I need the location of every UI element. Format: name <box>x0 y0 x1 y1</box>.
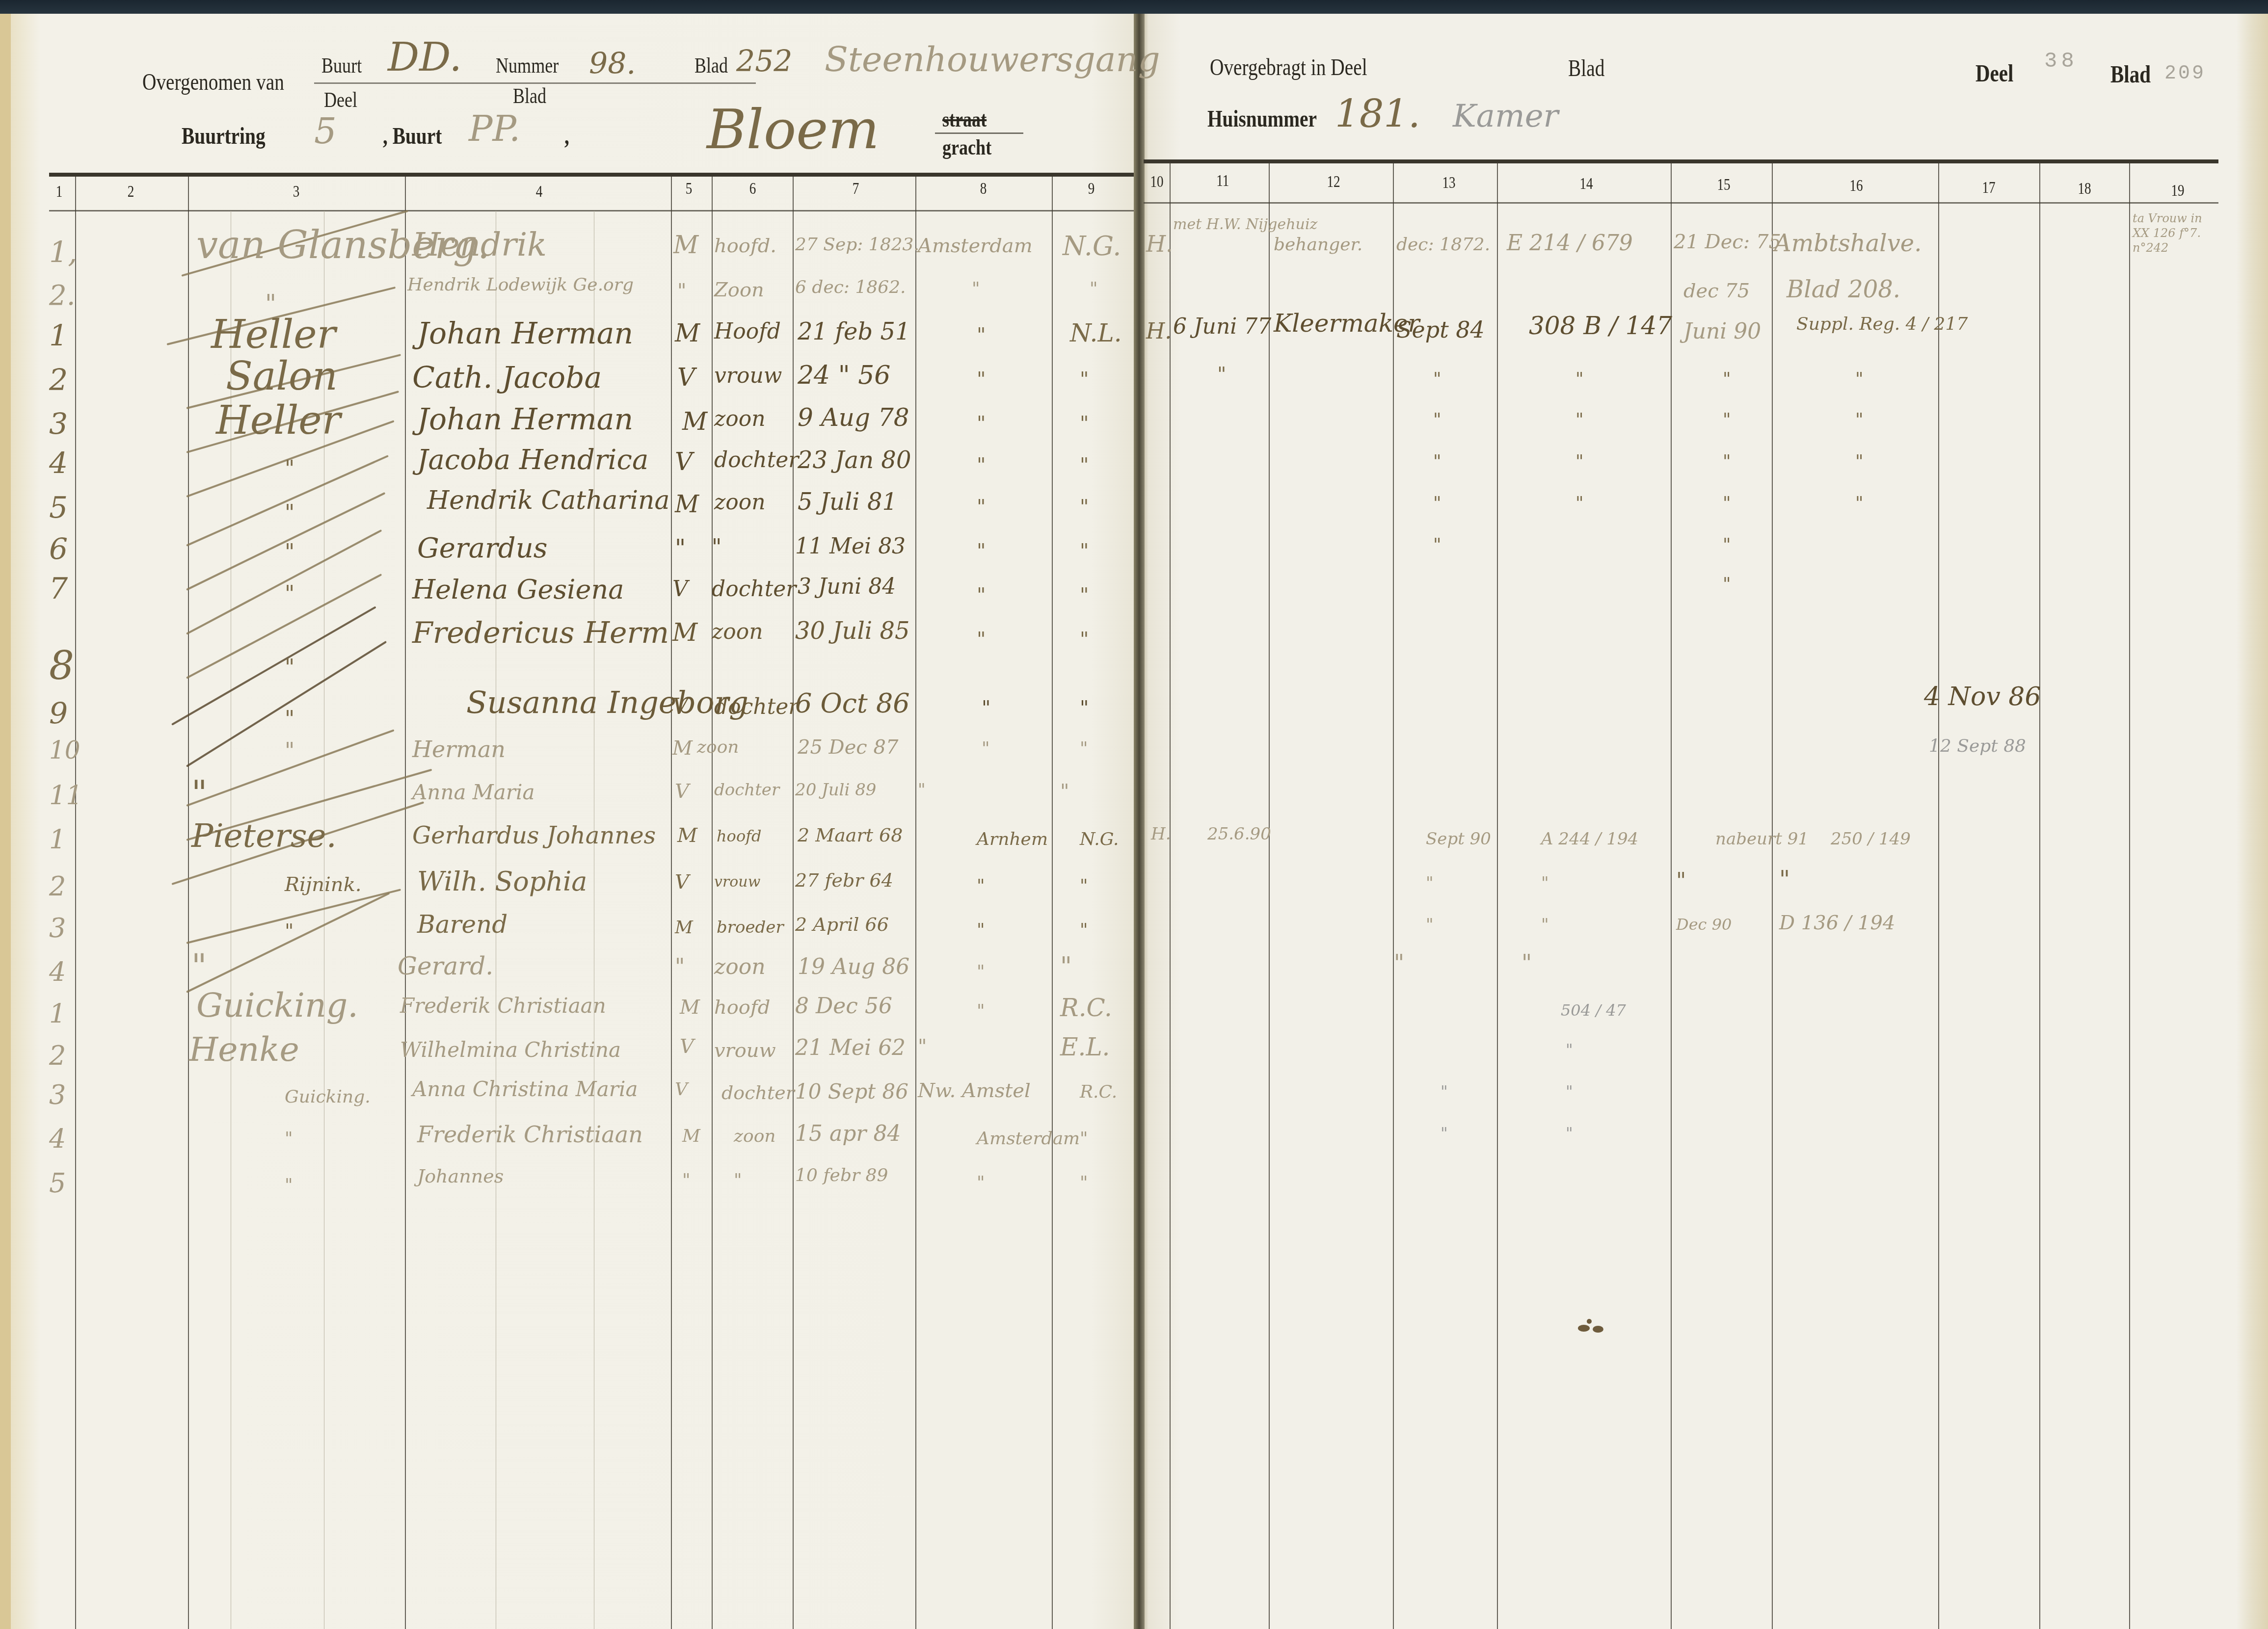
col15-value: " <box>1723 451 1731 472</box>
given-names: Helena Gesiena <box>412 574 624 605</box>
deel-value: 38 <box>2044 49 2078 74</box>
relation: broeder <box>717 918 784 937</box>
sex: M <box>675 319 700 347</box>
buurt-value: DD. <box>388 34 462 80</box>
relation: zoon <box>734 1126 776 1146</box>
birthplace: Nw. Amstel <box>918 1079 1031 1102</box>
col-num: 8 <box>980 180 987 198</box>
col-num: 5 <box>686 180 693 198</box>
row-number: 5 <box>49 1168 66 1199</box>
col-num: 3 <box>293 183 300 201</box>
surname: Heller <box>216 397 341 443</box>
birth-date: 21 feb 51 <box>798 318 910 345</box>
row-number: 5 <box>49 491 68 525</box>
birthplace: Arnhem <box>977 829 1048 849</box>
row-number: 4 <box>49 1124 66 1155</box>
row-number: 3 <box>49 1079 66 1110</box>
birth-date: 19 Aug 86 <box>798 954 909 979</box>
row-number: 3 <box>49 913 66 944</box>
blad2-value: 209 <box>2164 63 2206 85</box>
relation: dochter <box>714 447 799 473</box>
given-names: Herman <box>412 736 506 762</box>
given-names: Anna Maria <box>412 780 534 804</box>
overgebragt-label: Overgebragt in Deel <box>1210 54 1367 81</box>
col13-value: " <box>1433 369 1441 389</box>
birth-date: 9 Aug 78 <box>798 403 909 432</box>
birth-date: 23 Jan 80 <box>798 447 911 474</box>
given-names: Wilh. Sophia <box>417 866 587 897</box>
blad2-label: Blad <box>513 83 546 108</box>
col-num: 18 <box>2078 180 2091 198</box>
given-names: Hendrik Lodewijk Ge.org <box>407 275 634 295</box>
row-number: 2 <box>49 363 68 397</box>
birthplace: Amsterdam <box>977 1129 1080 1149</box>
relation: hoofd <box>717 827 761 845</box>
comma: , <box>564 123 569 150</box>
given-names: Wilhelmina Christina <box>400 1038 621 1062</box>
col14-value: " <box>1541 873 1549 893</box>
relation: hoofd <box>714 996 770 1019</box>
blad2-label-right: Blad <box>2110 60 2151 88</box>
religion: " <box>1080 1173 1088 1193</box>
given-names: Johan Herman <box>417 402 633 437</box>
given-names: Gerard. <box>398 952 493 980</box>
birthplace: " <box>977 540 986 562</box>
religion: " <box>1080 412 1089 435</box>
relation: zoon <box>714 490 766 515</box>
relation: hoofd. <box>714 235 776 257</box>
col15-value: " <box>1723 410 1731 430</box>
col16-value: " <box>1855 493 1864 513</box>
col-num: 11 <box>1216 172 1229 190</box>
col13-value: dec: 1872. <box>1396 235 1490 255</box>
relation: dochter <box>712 577 796 602</box>
col16-value: " <box>1855 410 1864 430</box>
birthplace: " <box>977 876 985 896</box>
surname: " <box>285 456 294 481</box>
sex: V <box>677 363 695 392</box>
blad-label: Blad <box>694 53 728 78</box>
given-names: Gerardus <box>417 532 547 564</box>
col16-value: Blad 208. <box>1787 276 1900 303</box>
birthplace: " <box>977 496 986 518</box>
col15-value: dec 75 <box>1683 280 1750 302</box>
col16-value: " <box>1855 369 1864 389</box>
sex: M <box>675 918 693 938</box>
row-number: 6 <box>49 532 68 567</box>
birthplace: Amsterdam <box>918 235 1033 257</box>
birthplace: " <box>977 628 986 651</box>
religion: " <box>1080 697 1089 719</box>
col-num: 17 <box>1982 179 1995 197</box>
birthplace: " <box>977 412 986 435</box>
surname: Guicking. <box>285 1087 371 1107</box>
birthplace: " <box>977 1173 985 1193</box>
left-table-top-rule <box>49 173 1134 177</box>
given-names: Fredericus Herm <box>412 616 669 650</box>
col-num: 1 <box>56 183 63 201</box>
huisnummer-note: Kamer <box>1453 98 1558 134</box>
buurtring-value: 5 <box>314 110 337 152</box>
religion: N.G. <box>1063 231 1121 262</box>
religion: N.G. <box>1080 829 1119 849</box>
birth-date: 6 Oct 86 <box>795 688 910 719</box>
col11-value: met H.W. Nijgehuiz <box>1173 216 1317 233</box>
birthplace: " <box>977 920 985 940</box>
birth-date: 21 Mei 62 <box>795 1035 906 1060</box>
buurt-label: Buurt <box>321 53 362 78</box>
col14-value: " <box>1521 949 1532 976</box>
sex: " <box>682 1170 691 1190</box>
row-number: 4 <box>49 447 68 481</box>
relation: zoon <box>714 954 766 979</box>
birthplace: " <box>977 584 986 606</box>
relation: zoon <box>714 406 766 431</box>
sex: V <box>675 780 689 803</box>
sex: M <box>672 737 693 760</box>
col16-value: " <box>1855 451 1864 472</box>
col15-value: nabeurt 91 <box>1715 829 1809 849</box>
col14-value: E 214 / 679 <box>1507 231 1633 256</box>
col14-value: " <box>1566 1040 1573 1059</box>
blad-label-right: Blad <box>1568 55 1604 82</box>
religion: " <box>1080 454 1089 476</box>
given-names: Frederik Christiaan <box>400 994 606 1018</box>
blad-value: 252 <box>736 44 793 79</box>
surname: " <box>285 1129 293 1149</box>
row-number: 10 <box>49 736 80 764</box>
birthplace: " <box>977 324 986 346</box>
birth-date: 6 dec: 1862. <box>795 277 906 297</box>
right-table-top-rule <box>1144 159 2218 163</box>
surname: " <box>285 581 294 606</box>
col10-value: H. <box>1146 231 1173 257</box>
book-gutter <box>1134 14 1145 1629</box>
relation: zoon <box>697 737 739 757</box>
row-number: 2 <box>49 871 66 902</box>
col-num: 4 <box>536 183 543 201</box>
birth-date: 10 Sept 86 <box>795 1079 908 1104</box>
religion: " <box>1080 584 1089 606</box>
religion: " <box>1080 540 1089 562</box>
col13-value: " <box>1433 535 1441 555</box>
buurt2-value: PP. <box>469 108 520 149</box>
col13-value: " <box>1433 410 1441 430</box>
birthplace: " <box>977 1001 985 1021</box>
birth-date: 2 Maart 68 <box>798 824 903 846</box>
sex: M <box>682 1126 700 1146</box>
straat-gracht-divider <box>935 132 1023 134</box>
sex: M <box>673 231 698 259</box>
religion: " <box>1080 920 1088 940</box>
col13-value: " <box>1433 451 1441 472</box>
sex: M <box>675 491 699 518</box>
sex: V <box>675 1079 688 1100</box>
given-names: Johan Herman <box>417 316 633 351</box>
col14-value: " <box>1575 451 1584 472</box>
col-num: 13 <box>1442 174 1455 192</box>
col14-value: " <box>1575 369 1584 389</box>
birth-date: 27 febr 64 <box>795 869 893 891</box>
right-header-bottom-rule <box>1144 202 2218 204</box>
birthplace: " <box>977 454 986 476</box>
straat-label-struck: straat <box>942 107 987 132</box>
birthplace: " <box>982 697 990 719</box>
col-num: 14 <box>1579 175 1593 193</box>
row-number: 2 <box>49 1040 66 1071</box>
birth-date: 30 Juli 85 <box>795 617 910 645</box>
religion: " <box>1080 496 1089 518</box>
birth-date: 10 febr 89 <box>795 1165 888 1185</box>
birth-date: 24 " 56 <box>798 361 890 390</box>
sex: M <box>672 618 697 647</box>
surname: Guicking. <box>196 986 358 1025</box>
col15-value: " <box>1723 369 1731 389</box>
deel-label: Deel <box>324 87 357 112</box>
col13-value: " <box>1441 1124 1448 1142</box>
relation: zoon <box>712 619 763 644</box>
col14-value: " <box>1566 1082 1573 1101</box>
surname: " <box>191 773 207 813</box>
surname: " <box>285 500 294 525</box>
birth-date: 15 apr 84 <box>795 1121 901 1146</box>
previous-street: Steenhouwersgang <box>825 39 1160 79</box>
birthplace: " <box>972 279 980 299</box>
col19-note: ta Vrouw in XX 126 f°7. n°242 <box>2133 211 2221 255</box>
birthplace: " <box>918 780 926 800</box>
surname: " <box>285 920 294 943</box>
sex: V <box>675 871 689 893</box>
col13-value: " <box>1426 915 1434 935</box>
col-num: 12 <box>1327 173 1340 191</box>
col11-value: " <box>1217 363 1226 386</box>
relation: vrouw <box>714 1039 776 1062</box>
col15-value: Juni 90 <box>1683 319 1761 344</box>
relation: dochter <box>714 780 779 800</box>
col15-value: 21 Dec: 75 <box>1674 231 1781 253</box>
left-header-bottom-rule <box>49 210 1134 211</box>
sex: " <box>675 954 685 979</box>
sex: V <box>675 447 693 476</box>
row-number: 2. <box>49 280 75 312</box>
relation: vrouw <box>714 873 760 891</box>
birth-date: 25 Dec 87 <box>798 736 898 759</box>
sex: V <box>672 694 688 719</box>
religion: " <box>1060 952 1072 981</box>
col13-value: Sept 90 <box>1426 829 1491 849</box>
birth-date: 11 Mei 83 <box>795 534 906 559</box>
religion: " <box>1080 1129 1088 1149</box>
given-names: Anna Christina Maria <box>412 1077 638 1101</box>
birth-date: 27 Sep: 1823. <box>795 235 919 255</box>
col-num: 16 <box>1849 177 1863 195</box>
given-names: Frederik Christiaan <box>417 1121 643 1148</box>
relation: vrouw <box>714 363 782 388</box>
col14-value: " <box>1575 493 1584 513</box>
col17-value: 12 Sept 88 <box>1929 736 2026 756</box>
col14-value: " <box>1566 1124 1573 1142</box>
col14-value: " <box>1541 915 1549 935</box>
col13-value: " <box>1394 949 1404 976</box>
religion: E.L. <box>1060 1033 1110 1061</box>
surname: Rijnink. <box>285 873 362 896</box>
buurt2-label: , Buurt <box>383 123 442 150</box>
row-number: 9 <box>49 697 68 731</box>
surname: " <box>285 655 294 680</box>
nummer-label: Nummer <box>496 53 559 78</box>
col14-value: 308 B / 147 <box>1529 312 1672 340</box>
col-num: 2 <box>128 183 134 201</box>
religion: R.C. <box>1060 994 1112 1022</box>
religion: R.C. <box>1080 1082 1117 1102</box>
row-number: 3 <box>49 407 68 442</box>
col-num: 9 <box>1088 180 1095 198</box>
surname: " <box>285 1175 293 1195</box>
col-num: 19 <box>2171 182 2184 200</box>
surname: " <box>285 540 294 565</box>
sex: M <box>680 996 700 1019</box>
col15-value: Dec 90 <box>1676 915 1732 934</box>
col15-value: " <box>1676 868 1686 893</box>
surname: Pieterse. <box>191 817 337 855</box>
col13-value: " <box>1441 1082 1448 1101</box>
birthplace: " <box>982 738 990 759</box>
row-number: 1 <box>49 824 66 855</box>
religion: " <box>1090 279 1098 299</box>
birth-date: 3 Juni 84 <box>798 574 896 599</box>
huisnummer-label: Huisnummer <box>1207 105 1317 132</box>
col17-value: 4 Nov 86 <box>1924 682 2041 711</box>
given-names: Susanna Ingeborg <box>466 684 748 720</box>
given-names: Barend <box>417 910 507 939</box>
col16-value: 250 / 149 <box>1831 829 1911 849</box>
birthplace: " <box>977 962 985 982</box>
relation: " <box>734 1170 742 1190</box>
row-number: 1 <box>49 319 68 353</box>
col16-value: Ambtshalve. <box>1774 230 1922 257</box>
row-number: 1, <box>49 236 77 270</box>
sex: " <box>677 280 686 302</box>
religion: " <box>1060 780 1069 803</box>
given-names: Hendrik Catharina <box>427 486 670 515</box>
row-number: 4 <box>49 957 66 988</box>
sex: M <box>682 407 707 436</box>
relation: dochter <box>714 694 799 719</box>
col16-value: Suppl. Reg. 4 / 217 <box>1796 314 1968 334</box>
given-names: Jacoba Hendrica <box>417 444 648 476</box>
religion: " <box>1080 876 1088 896</box>
col11-value: 25.6.90 <box>1207 824 1271 844</box>
col-num: 15 <box>1717 176 1730 194</box>
street-value: Bloem <box>707 98 880 161</box>
surname: Heller <box>211 312 336 357</box>
col13-value: " <box>1426 873 1434 893</box>
col-num: 6 <box>749 180 756 198</box>
gracht-label: gracht <box>942 135 991 160</box>
birthplace: " <box>977 368 986 391</box>
surname: Henke <box>189 1030 299 1069</box>
col16-value: D 136 / 194 <box>1779 912 1895 934</box>
surname: " <box>285 707 294 732</box>
sex: M <box>677 824 697 847</box>
birth-date: 8 Dec 56 <box>795 994 892 1019</box>
huisnummer-value: 181. <box>1335 92 1420 136</box>
col15-value: " <box>1723 574 1731 594</box>
col-num: 10 <box>1150 173 1163 191</box>
religion: " <box>1080 628 1089 651</box>
col14-value: 504 / 47 <box>1561 1001 1626 1020</box>
given-names: Cath. Jacoba <box>412 361 602 395</box>
birth-date: 5 Juli 81 <box>798 488 897 516</box>
given-names: Johannes <box>417 1165 504 1187</box>
birth-date: 20 Juli 89 <box>795 780 876 800</box>
birth-date: 2 April 66 <box>795 914 889 935</box>
sex: V <box>680 1035 694 1058</box>
buurtring-label: Buurtring <box>182 123 266 150</box>
surname: " <box>191 947 207 986</box>
row-number: 11 <box>49 780 83 811</box>
col10-value: H. <box>1146 319 1172 344</box>
row-number: 1 <box>49 998 66 1029</box>
birthplace: " <box>918 1035 927 1058</box>
religion: N.L. <box>1070 319 1122 347</box>
sex: V <box>672 577 688 602</box>
religion: " <box>1080 368 1089 391</box>
col14-value: " <box>1575 410 1584 430</box>
relation: dochter <box>721 1082 795 1104</box>
row-number: 8 <box>49 643 74 688</box>
col15-value: " <box>1723 535 1731 555</box>
given-names: Gerhardus Johannes <box>412 822 656 849</box>
col-num: 7 <box>853 180 859 198</box>
col13-value: " <box>1433 493 1441 513</box>
surname: Salon <box>226 353 338 399</box>
relation: " <box>712 535 721 560</box>
row-number: 7 <box>49 572 68 606</box>
deel-label-right: Deel <box>1975 59 2013 87</box>
col15-value: " <box>1723 493 1731 513</box>
relation: Hoofd <box>714 319 781 344</box>
surname: " <box>285 738 294 763</box>
religion: " <box>1080 738 1088 759</box>
right-page <box>1142 14 2268 1629</box>
col14-value: A 244 / 194 <box>1541 829 1638 849</box>
given-names: Hendrik <box>412 226 547 263</box>
col13-value: Sept 84 <box>1396 316 1485 343</box>
occupation: behanger. <box>1274 235 1362 255</box>
overgenomen-van-label: Overgenomen van <box>142 69 284 96</box>
sex: " <box>675 535 686 562</box>
col11-value: 6 Juni 77 <box>1173 314 1271 339</box>
nummer-value: 98. <box>589 47 636 81</box>
relation: Zoon <box>714 279 764 301</box>
col16-value: " <box>1779 866 1790 893</box>
col10-value: H. <box>1151 824 1171 844</box>
